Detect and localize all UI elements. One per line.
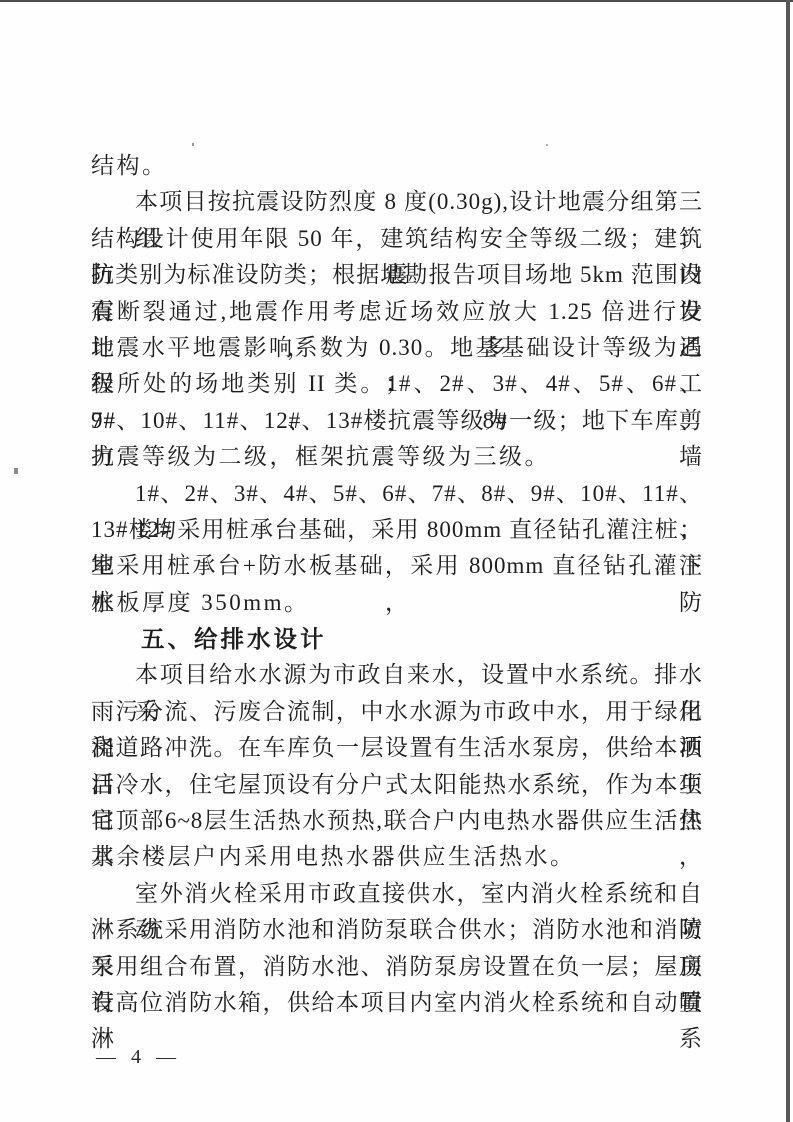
scan-edge-top [0,0,793,2]
text-line: 结构。 [91,148,703,184]
scan-speck [192,143,194,146]
text-line: 本项目按抗震设防烈度 8 度(0.30g),设计地震分组第三组； [91,184,703,220]
page-number: — 4 — [96,1046,181,1069]
text-line: 室外消火栓采用市政直接供水，室内消火栓系统和自动喷 [91,876,703,912]
text-line: 和道路冲洗。在车库负一层设置有生活水泵房，供给本项目生 [91,730,703,766]
text-line: 雨污分流、污废合流制，中水水源为市政中水，用于绿化浇洒 [91,694,703,730]
text-line: 活冷水，住宅屋顶设有分户式太阳能热水系统，作为本项目住 [91,767,703,803]
text-line: 程所处的场地类别 II 类。1#、2#、3#、4#、5#、6#、7#、8#、 [91,366,703,402]
text-line: 室采用桩承台+防水板基础，采用 800mm 直径钻孔灌注桩，防 [91,548,703,584]
scan-speck [546,144,548,146]
text-line: 淋系统采用消防水池和消防泵联合供水；消防水池和消防泵房 [91,912,703,948]
text-line: 防类别为标准设防类；根据地勘报告项目场地 5km 范围内有发 [91,257,703,293]
text-line: 本项目给水水源为市政自来水，设置中水系统。排水采用 [91,657,703,693]
text-line: 有高位消防水箱，供给本项目内室内消火栓系统和自动喷淋系 [91,985,703,1021]
scan-speck [14,468,18,474]
text-line: 地震水平地震影响系数为 0.30。地基基础设计等级为乙级；工 [91,330,703,366]
text-line: 结构设计使用年限 50 年，建筑结构安全等级二级；建筑抗震设 [91,221,703,257]
text-line: 9#、10#、11#、12#、13#楼抗震等级为一级；地下车库剪力墙 [91,403,703,439]
text-line: 宅顶部6~8层生活热水预热,联合户内电热水器供应生活热水， [91,803,703,839]
scan-edge-right [786,0,790,1122]
text-line: 震断裂通过,地震作用考虑近场效应放大 1.25 倍进行设计，多遇 [91,294,703,330]
text-line: 13#楼均采用桩承台基础，采用 800mm 直径钻孔灌注桩；地下 [91,512,703,548]
section-heading: 五、给排水设计 [91,621,703,657]
text-line: 采用组合布置，消防水池、消防泵房设置在负一层；屋顶设置 [91,949,703,985]
text-line: 1#、2#、3#、4#、5#、6#、7#、8#、9#、10#、11#、12#、 [91,476,703,512]
document-page: 结构。 本项目按抗震设防烈度 8 度(0.30g),设计地震分组第三组； 结构设… [0,0,793,1122]
document-body: 结构。 本项目按抗震设防烈度 8 度(0.30g),设计地震分组第三组； 结构设… [91,148,703,1021]
